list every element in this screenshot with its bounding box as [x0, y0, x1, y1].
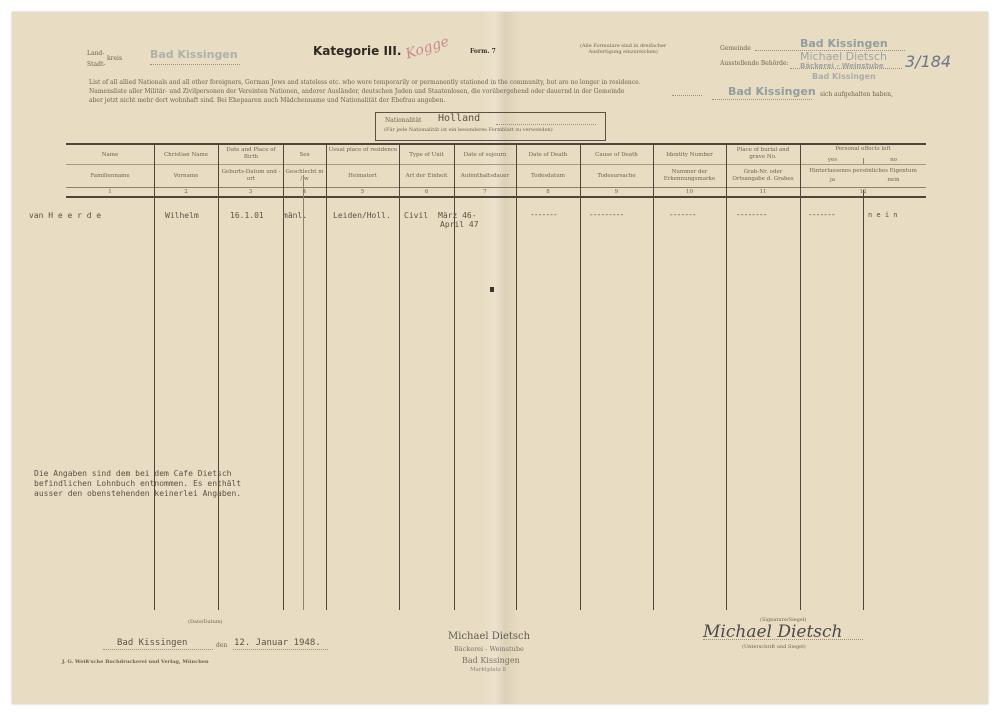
- col-2-num: 2: [154, 189, 218, 196]
- col-6-en: Type of Unit: [399, 152, 454, 159]
- behoerde-dotline: [790, 68, 902, 69]
- col-8-de: Todesdatum: [516, 173, 580, 180]
- col-12-num: 12: [800, 189, 926, 196]
- row-burial: --------: [736, 210, 767, 219]
- col-divider-10: [726, 143, 727, 610]
- landkreis-label-top: Land-: [87, 50, 104, 58]
- signature-dotline: [703, 639, 863, 640]
- footer-stamp-name: Michael Dietsch: [448, 631, 530, 642]
- intro-line-3: aber jetzt nicht mehr dort wohnhaft sind…: [89, 97, 719, 105]
- col-divider-5: [399, 143, 400, 610]
- col-10-en: Identity Number: [653, 152, 726, 159]
- col-divider-2: [218, 143, 219, 610]
- col-7-num: 7: [454, 189, 516, 196]
- col-12-ja: ja: [805, 177, 860, 184]
- nationality-value: Holland: [438, 113, 480, 124]
- place-dotline: [103, 649, 213, 650]
- typed-note-line2: befindlichen Lohnbuch entnommen. Es enth…: [34, 479, 241, 489]
- printer-imprint: J. G. Weiß'sche Buchdruckerei und Verlag…: [62, 660, 209, 666]
- table-top-rule: [66, 143, 926, 145]
- row-sojourn-line1: März 46-: [438, 211, 477, 220]
- row-death-date: -------: [530, 210, 557, 219]
- file-number-handwritten: 3/184: [905, 52, 951, 71]
- col-3-num: 3: [218, 189, 283, 196]
- col-12-en: Personal effects left: [800, 146, 926, 153]
- col-divider-4: [326, 143, 327, 610]
- footer-stamp-address: Marktplatz 8: [470, 667, 506, 673]
- col-7-de: Aufenthaltsdauer: [454, 173, 516, 180]
- gemeinde-stamp: Bad Kissingen: [800, 37, 888, 50]
- row-sex: mänl.: [283, 211, 307, 220]
- intro-gemeinde-stamp: Bad Kissingen: [728, 85, 816, 98]
- col-9-num: 9: [580, 189, 653, 196]
- landkreis-label-bottom: Stadt-: [87, 61, 105, 69]
- col-divider-1: [154, 143, 155, 610]
- footer-date: 12. Januar 1948.: [234, 638, 321, 648]
- col-12-yes: yes: [805, 157, 860, 164]
- row-residence: Leiden/Holl.: [333, 211, 391, 220]
- intro-dotline-a: [672, 95, 702, 96]
- col-1-num: 1: [66, 189, 154, 196]
- footer-stamp-business: Bäckerei - Weinstube: [454, 645, 524, 653]
- intro-line-1: List of all allied Nationals and all oth…: [89, 79, 719, 87]
- row-effects: n e i n: [868, 211, 898, 219]
- footer-place: Bad Kissingen: [117, 638, 187, 648]
- col-8-num: 8: [516, 189, 580, 196]
- intro-line-2: Namensliste aller Militär- und Zivilpers…: [89, 88, 719, 96]
- col-3-en: Date and Place of Birth: [220, 147, 282, 160]
- col-10-de: Nummer der Erkennungsmarke: [656, 169, 723, 182]
- date-dotline: [233, 649, 328, 650]
- col-5-num: 5: [326, 189, 399, 196]
- col-4-num: 4: [283, 189, 326, 196]
- behoerde-stamp-city: Bad Kissingen: [812, 72, 876, 81]
- col-11-de: Grab-Nr. oder Ortsangabe d. Grabes: [728, 169, 798, 182]
- footer-den-label: den: [216, 642, 227, 650]
- col-divider-9: [653, 143, 654, 610]
- date-label: (Date/Datum): [188, 620, 223, 626]
- landkreis-label-kreis: kreis: [107, 55, 122, 63]
- col-5-de: Heimatort: [326, 173, 399, 180]
- behoerde-label: Ausstellende Behörde:: [720, 60, 789, 68]
- landkreis-stamp: Bad Kissingen: [150, 48, 238, 61]
- col-7-en: Date of sojourn: [454, 152, 516, 159]
- col-12-nein: nein: [866, 177, 921, 184]
- col-12-no: no: [866, 157, 921, 164]
- nationality-note: (Für jede Nationalität ist ein besondere…: [384, 128, 553, 134]
- row-family-name: van H e e r d e: [29, 211, 101, 220]
- row-death-cause: ---------: [589, 210, 623, 219]
- col-8-en: Date of Death: [516, 152, 580, 159]
- typed-note: Die Angaben sind dem bei dem Cafe Dietsc…: [34, 469, 241, 499]
- row-burial-extra: -------: [808, 210, 835, 219]
- table-number-divider: [66, 187, 926, 188]
- col-divider-7: [516, 143, 517, 610]
- col-4-de: Geschlecht m / w: [284, 169, 325, 182]
- col-divider-12-header-sub: [863, 158, 864, 164]
- col-9-en: Cause of Death: [580, 152, 653, 159]
- form-note: (Alle Formulare sind in dreifacher Ausfe…: [580, 44, 666, 56]
- col-divider-8: [580, 143, 581, 610]
- landkreis-dotline: [150, 64, 240, 65]
- nationality-label: Nationalität: [385, 117, 421, 125]
- col-4-en: Sex: [283, 152, 326, 159]
- form-note-line2: Ausfertigung einzureichen): [580, 50, 666, 56]
- form-number: Form. 7: [470, 48, 496, 55]
- col-6-de: Art der Einheit: [399, 173, 454, 180]
- table-header-divider: [66, 164, 926, 165]
- form-title: Kategorie III.: [313, 44, 401, 58]
- table-header-bottom-rule: [66, 196, 926, 198]
- col-11-num: 11: [726, 189, 800, 196]
- row-first-name: Wilhelm: [165, 211, 199, 220]
- typed-note-line3: ausser den obenstehenden keinerlei Angab…: [34, 489, 241, 499]
- col-divider-11: [800, 143, 801, 610]
- nationality-box: Nationalität Holland (Für jede Nationali…: [375, 112, 606, 141]
- col-divider-12-body-sub: [863, 190, 864, 610]
- col-11-en: Place of burial and grave No.: [730, 147, 796, 160]
- footer-stamp-city: Bad Kissingen: [462, 656, 520, 665]
- col-2-en: Christian Name: [154, 152, 218, 159]
- col-2-de: Vorname: [154, 173, 218, 180]
- col-divider-sex-sub: [303, 175, 304, 610]
- col-12-de: Hinterlassenes persönliches Eigentum: [800, 168, 926, 175]
- row-birth: 16.1.01: [230, 211, 264, 220]
- col-9-de: Todesursache: [580, 173, 653, 180]
- signature-sublabel: (Unterschrift und Siegel): [742, 645, 806, 651]
- row-sojourn-line2: April 47: [440, 220, 479, 229]
- row-identity: -------: [669, 210, 696, 219]
- nationality-dotline: [496, 124, 596, 125]
- row-unit: Civil: [404, 211, 428, 220]
- intro-suffix: sich aufgehalten haben,: [820, 91, 893, 99]
- intro-dotline-b: [712, 99, 812, 100]
- col-6-num: 6: [399, 189, 454, 196]
- ink-blot: [490, 287, 494, 292]
- col-1-en: Name: [66, 152, 154, 159]
- gemeinde-label: Gemeinde: [720, 45, 751, 53]
- col-1-de: Familienname: [66, 173, 154, 180]
- col-5-en: Usual place of residence: [328, 147, 398, 154]
- col-10-num: 10: [653, 189, 726, 196]
- typed-note-line1: Die Angaben sind dem bei dem Cafe Dietsc…: [34, 469, 241, 479]
- col-3-de: Geburts-Datum und -ort: [220, 169, 282, 182]
